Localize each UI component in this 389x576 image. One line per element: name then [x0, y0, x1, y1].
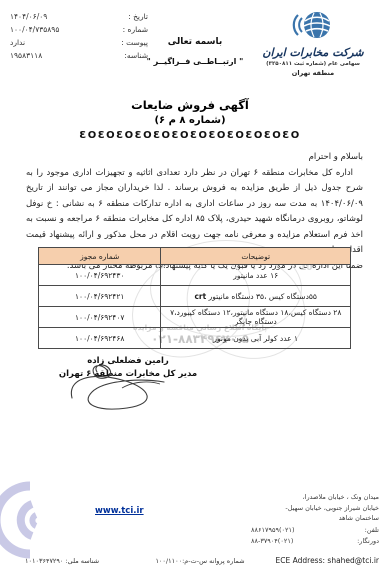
- item-permit-number: ۱۰۰/۰۴/۶۹۲۴۶۸: [39, 328, 161, 349]
- item-permit-number: ۱۰۰/۰۴/۶۹۲۴۰۷: [39, 307, 161, 328]
- table-row: ۵۵دستگاه کیس ،۳۵ دستگاه مانیتور crt ۱۰۰/…: [39, 286, 351, 307]
- org-region: منطقه تهران: [247, 69, 379, 77]
- national-id: شناسه ملی: ۱۰۱۰۳۶۴۷۲۹۰: [25, 557, 99, 565]
- auction-items-table: توضیحات شماره مجوز ۱۶ عدد مانیتور ۱۰۰/۰۴…: [38, 247, 351, 349]
- website-link[interactable]: www.tci.ir: [95, 506, 144, 516]
- item-description-text: ۵۵دستگاه کیس ،۳۵ دستگاه مانیتور: [206, 292, 317, 301]
- item-permit-number: ۱۰۰/۰۴/۶۹۲۴۲۱: [39, 286, 161, 307]
- org-slogan: " ارتبــاطــی فــراگیــر ": [120, 57, 270, 66]
- meta-number: شماره : ۱۰۰/۰۴/۷۳۵۸۹۵: [10, 23, 148, 36]
- phone-label: تلفن:: [365, 525, 379, 536]
- table-row: ۱۶ عدد مانیتور ۱۰۰/۰۴/۶۹۲۴۳۰: [39, 265, 351, 286]
- table-row: ۲۸ دستگاه کیس،۱۸ دستگاه مانیتور،۱۲ دستگا…: [39, 307, 351, 328]
- item-description: ۵۵دستگاه کیس ،۳۵ دستگاه مانیتور crt: [161, 286, 351, 307]
- meta-date: تاریخ : ۱۴۰۴/۰۶/۰۹: [10, 10, 148, 23]
- phone-value: (۰۲۱)۸۸۶۱۷۹۵۹: [251, 525, 295, 536]
- item-permit-number: ۱۰۰/۰۴/۶۹۲۴۳۰: [39, 265, 161, 286]
- footer-fax: دورنگار: (۰۲۱)۸۸-۳۷۹۰۴: [251, 536, 379, 547]
- address-line: میدان ونک ، خیابان ملاصدرا،: [251, 492, 379, 503]
- header-permit-number: شماره مجوز: [39, 248, 161, 265]
- header-description: توضیحات: [161, 248, 351, 265]
- scanned-letter-page: شرکت مخابرات ایران سهامی عام (شماره ثبت …: [0, 0, 389, 576]
- announcement-title-block: آگهی فروش ضایعات (شماره ۸ م ۶) ƐOƐOƐOƐOƐ…: [60, 98, 320, 141]
- ece-address: ECE Address: shahed@tci.ir: [276, 556, 379, 565]
- table-row: ۱ عدد کولر آبی بدون موتور ۱۰۰/۰۴/۶۹۲۴۶۸: [39, 328, 351, 349]
- address-line: ساختمان شاهد: [251, 513, 379, 524]
- letter-meta: تاریخ : ۱۴۰۴/۰۶/۰۹ شماره : ۱۰۰/۰۴/۷۳۵۸۹۵…: [10, 10, 148, 62]
- salutation: باسلام و احترام: [26, 150, 363, 166]
- footer-phone: تلفن: (۰۲۱)۸۸۶۱۷۹۵۹: [251, 525, 379, 536]
- footer-address: میدان ونک ، خیابان ملاصدرا، خیابان شیراز…: [251, 492, 379, 547]
- fax-label: دورنگار:: [357, 536, 379, 547]
- meta-date-value: ۱۴۰۴/۰۶/۰۹: [10, 10, 47, 23]
- item-description: ۱۶ عدد مانیتور: [161, 265, 351, 286]
- fax-value: (۰۲۱)۸۸-۳۷۹۰۴: [251, 536, 293, 547]
- tci-logo-icon: [292, 5, 334, 45]
- address-line: خیابان شیراز جنوبی، خیابان سهیل-: [251, 503, 379, 514]
- table-header-row: توضیحات شماره مجوز: [39, 248, 351, 265]
- meta-id-value: ۱۹۵۸۳۱۱۸: [10, 49, 42, 62]
- item-description-latin: crt: [194, 292, 206, 301]
- announcement-title: آگهی فروش ضایعات: [60, 98, 320, 112]
- meta-number-value: ۱۰۰/۰۴/۷۳۵۸۹۵: [10, 23, 59, 36]
- meta-attachment-value: ندارد: [10, 36, 25, 49]
- meta-number-label: شماره :: [123, 23, 148, 36]
- besmele-heading: باسمه تعالی: [120, 37, 270, 47]
- license-number: شماره پروانه س-ت-م:۱۰۰/۱۱۰۰: [115, 557, 285, 565]
- announcement-number: (شماره ۸ م ۶): [60, 115, 320, 126]
- meta-date-label: تاریخ :: [128, 10, 148, 23]
- tci-logo-watermark-icon: [0, 480, 44, 560]
- item-description: ۲۸ دستگاه کیس،۱۸ دستگاه مانیتور،۱۲ دستگا…: [161, 307, 351, 328]
- ornament-divider: ƐOƐOƐOƐOƐOƐOƐOƐOƐOƐOƐOƐO: [60, 130, 320, 141]
- handwritten-signature: [52, 358, 202, 413]
- item-description: ۱ عدد کولر آبی بدون موتور: [161, 328, 351, 349]
